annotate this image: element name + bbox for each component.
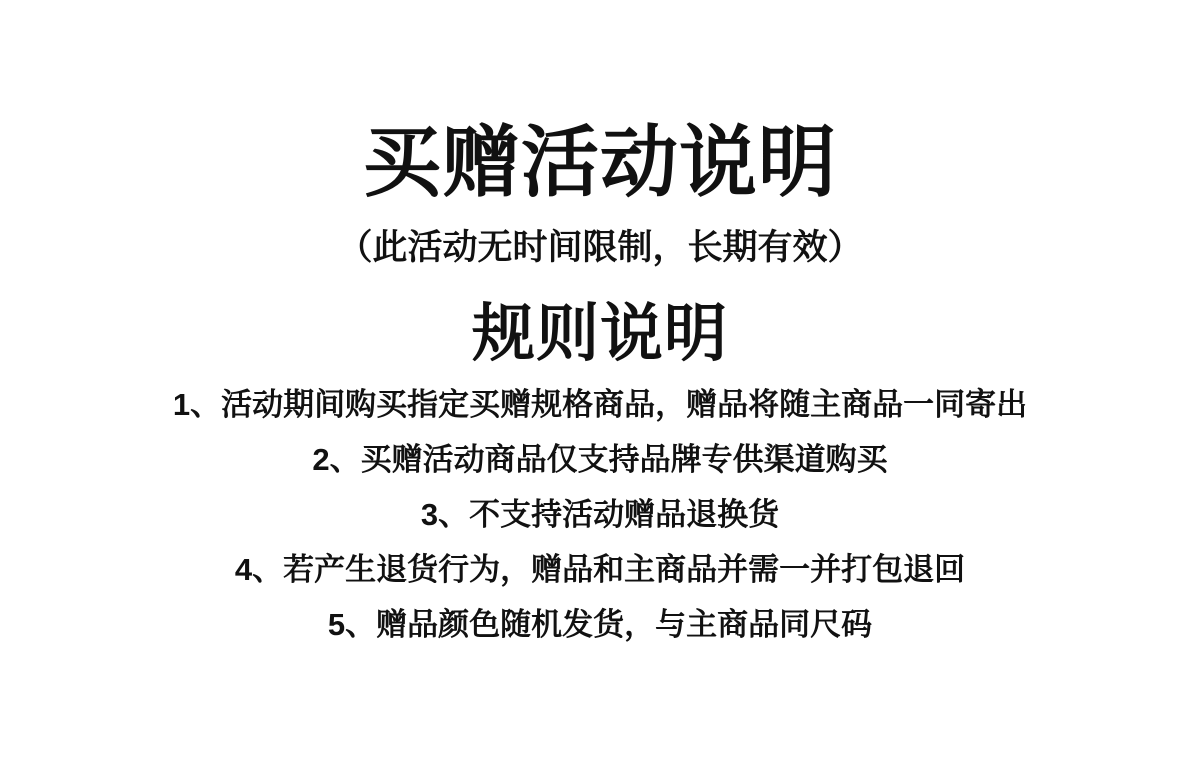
rule-item-1: 1、活动期间购买指定买赠规格商品，赠品将随主商品一同寄出 (173, 377, 1027, 432)
page-subtitle: （此活动无时间限制，长期有效） (337, 230, 862, 265)
rules-list: 1、活动期间购买指定买赠规格商品，赠品将随主商品一同寄出 2、买赠活动商品仅支持… (173, 377, 1027, 652)
rule-item-2: 2、买赠活动商品仅支持品牌专供渠道购买 (173, 432, 1027, 487)
promo-poster: 买赠活动说明 （此活动无时间限制，长期有效） 规则说明 1、活动期间购买指定买赠… (0, 0, 1200, 768)
page-title: 买赠活动说明 (363, 123, 837, 201)
rule-item-4: 4、若产生退货行为，赠品和主商品并需一并打包退回 (173, 542, 1027, 597)
rule-item-5: 5、赠品颜色随机发货，与主商品同尺码 (173, 597, 1027, 652)
rule-item-3: 3、不支持活动赠品退换货 (173, 487, 1027, 542)
rules-heading: 规则说明 (472, 303, 728, 366)
